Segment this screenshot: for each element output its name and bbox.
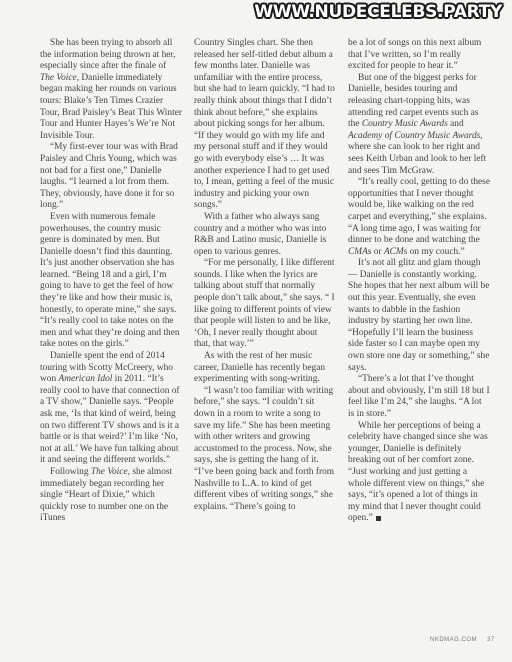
paragraph: Following The Voice, she almost immediat… [40,467,182,525]
end-of-article-icon [376,516,381,521]
paragraph: be a lot of songs on this next album tha… [348,38,490,73]
page-footer: NKDMAG.COM 37 [430,637,495,643]
paragraph: While her perceptions of being a celebri… [348,421,490,525]
article-column-1: She has been trying to absorb all the in… [40,38,182,525]
paragraph: “There’s a lot that I’ve thought about a… [348,374,490,420]
paragraph: Danielle spent the end of 2014 touring w… [40,351,182,467]
paragraph: She has been trying to absorb all the in… [40,38,182,142]
paragraph: “For me personally, I like different sou… [194,258,336,351]
paragraph: “My first-ever tour was with Brad Paisle… [40,142,182,212]
article-column-3: be a lot of songs on this next album tha… [348,38,490,525]
page-number: 37 [487,637,495,643]
magazine-site: NKDMAG.COM [430,637,477,643]
article-body: She has been trying to absorb all the in… [40,38,490,525]
paragraph: It’s not all glitz and glam though — Dan… [348,258,490,374]
paragraph: “It’s really cool, getting to do these o… [348,177,490,258]
watermark-banner: WWW.NUDECELEBS.PARTY [254,2,502,22]
paragraph: Even with numerous female powerhouses, t… [40,212,182,351]
paragraph: With a father who always sang country an… [194,212,336,258]
paragraph: “I wasn’t too familiar with writing befo… [194,386,336,514]
paragraph: As with the rest of her music career, Da… [194,351,336,386]
article-column-2: Country Singles chart. She then released… [194,38,336,525]
paragraph: But one of the biggest perks for Daniell… [348,73,490,177]
paragraph: Country Singles chart. She then released… [194,38,336,212]
